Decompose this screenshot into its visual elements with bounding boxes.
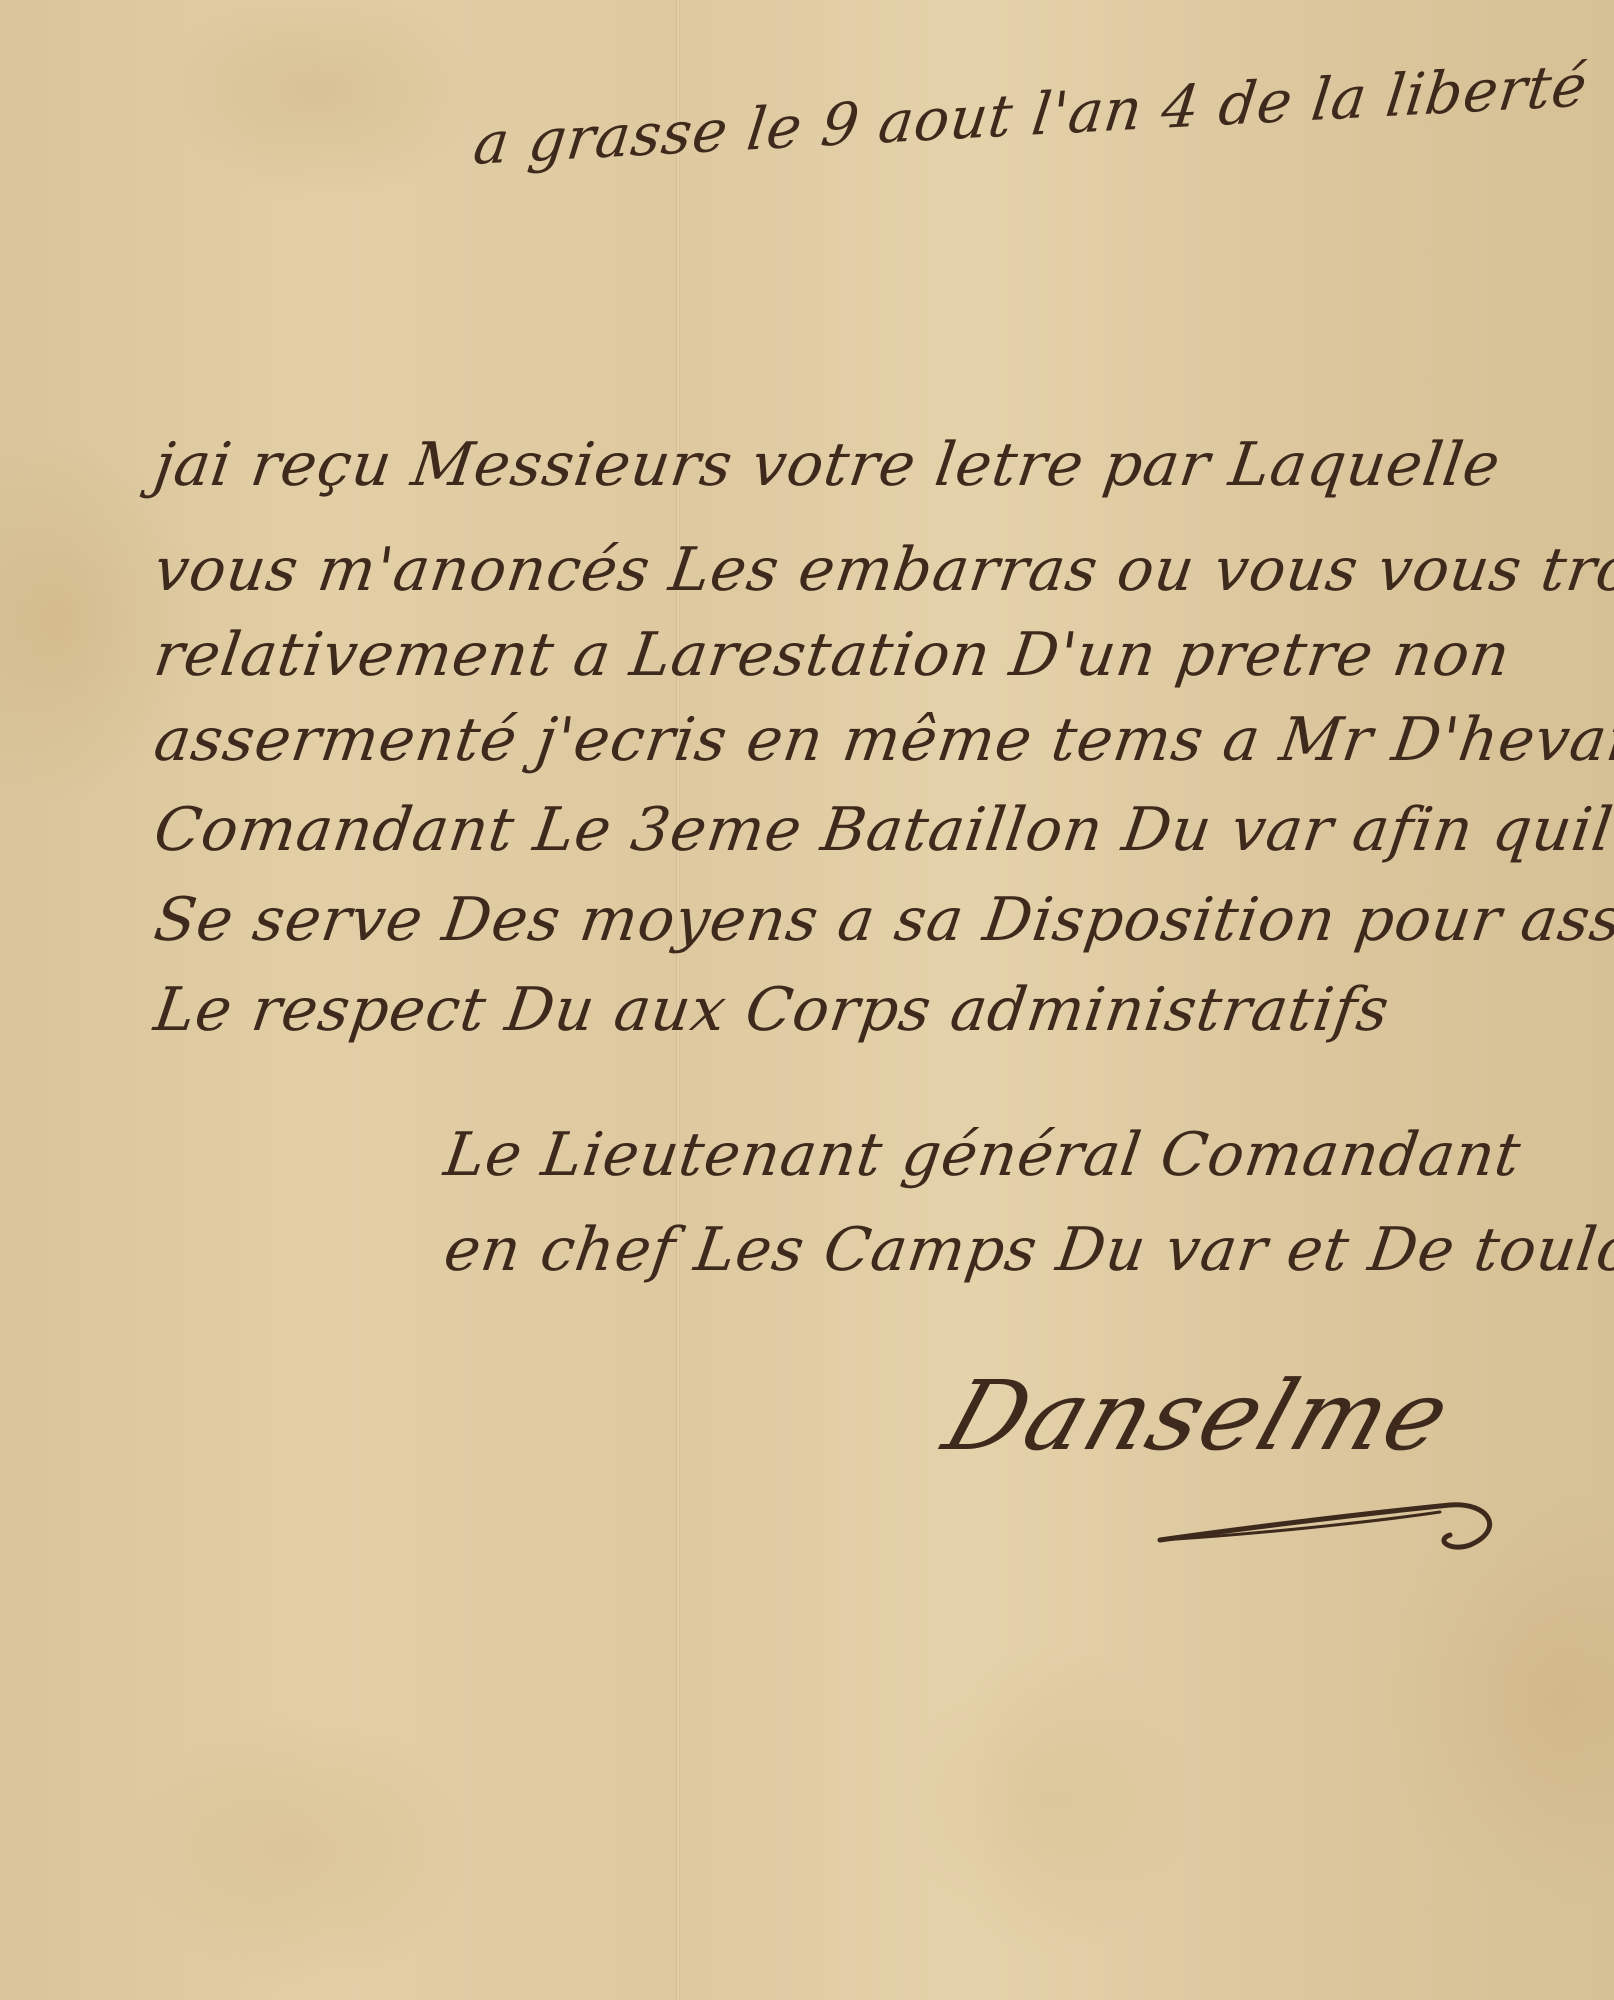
paper-edge-crease-left — [30, 0, 32, 2000]
dateline: a grasse le 9 aout l'an 4 de la liberté — [470, 51, 1591, 178]
body-line-3: relativement a Larestation D'un pretre n… — [150, 620, 1515, 690]
body-line-7: Le respect Du aux Corps administratifs — [150, 975, 1394, 1045]
closing-line-2: en chef Les Camps Du var et De toulon — [440, 1215, 1614, 1285]
body-line-2: vous m'anoncés Les embarras ou vous vous… — [150, 535, 1614, 605]
body-line-4: assermenté j'ecris en même tems a Mr D'h… — [150, 705, 1614, 775]
signature-flourish-icon — [930, 1340, 1510, 1560]
body-line-5: Comandant Le 3eme Bataillon Du var afin … — [150, 795, 1614, 865]
closing-line-1: Le Lieutenant général Comandant — [440, 1120, 1525, 1190]
signature: Danselme — [930, 1340, 1510, 1560]
body-line-6: Se serve Des moyens a sa Disposition pou… — [150, 885, 1614, 955]
body-line-1: jai reçu Messieurs votre letre par Laque… — [150, 430, 1505, 500]
paper-edge-crease-right — [1585, 0, 1587, 2000]
letter-paper: a grasse le 9 aout l'an 4 de la liberté … — [0, 0, 1614, 2000]
